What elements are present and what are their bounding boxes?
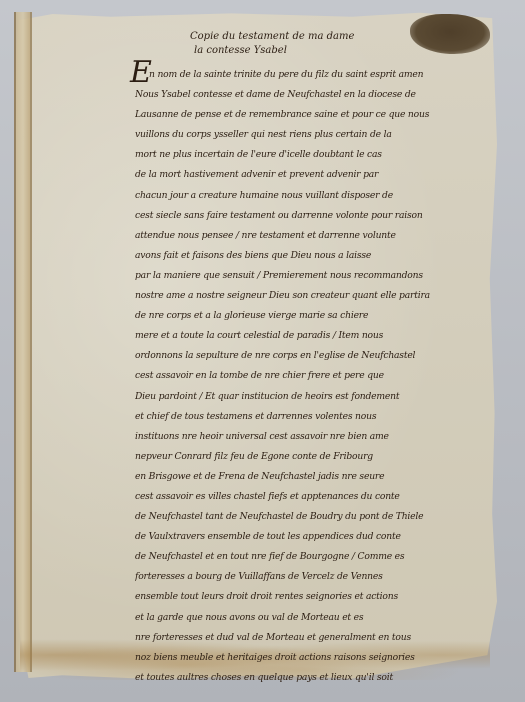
text-line: de la mort hastivement advenir et preven…: [135, 165, 500, 185]
text-line: cest assavoir es villes chastel fiefs et…: [135, 487, 500, 507]
text-line: en Brisgowe et de Frena de Neufchastel j…: [135, 467, 500, 487]
text-line: ordonnons la sepulture de nre corps en l…: [135, 346, 500, 366]
text-line: ensemble tout leurs droit droit rentes s…: [135, 587, 500, 607]
text-line: nre forteresses et dud val de Morteau et…: [135, 628, 500, 648]
text-line: de nre corps et a la glorieuse vierge ma…: [135, 306, 500, 326]
text-line: cest assavoir en la tombe de nre chier f…: [135, 366, 500, 386]
text-line: de Neufchastel et en tout nre fief de Bo…: [135, 547, 500, 567]
text-line: chacun jour a creature humaine nous vuil…: [135, 186, 500, 206]
text-line: nostre ame a nostre seigneur Dieu son cr…: [135, 286, 500, 306]
text-line: de Vaulxtravers ensemble de tout les app…: [135, 527, 500, 547]
text-line: mort ne plus incertain de l'eure d'icell…: [135, 145, 500, 165]
text-line: Dieu pardoint / Et quar institucion de h…: [135, 387, 500, 407]
text-line: n nom de la sainte trinite du pere du fi…: [135, 65, 500, 85]
text-line: par la maniere que sensuit / Premieremen…: [135, 266, 500, 286]
text-line: vuillons du corps ysseller qui nest rien…: [135, 125, 500, 145]
text-line: noz biens meuble et heritaiges droit act…: [135, 648, 500, 668]
text-line: de Neufchastel tant de Neufchastel de Bo…: [135, 507, 500, 527]
text-line: attendue nous pensee / nre testament et …: [135, 226, 500, 246]
text-line: cest siecle sans faire testament ou darr…: [135, 206, 500, 226]
binding-strip: [14, 12, 32, 672]
text-line: et toutes aultres choses en quelque pays…: [135, 668, 500, 688]
text-line: Lausanne de pense et de remembrance sain…: [135, 105, 500, 125]
text-line: Nous Ysabel contesse et dame de Neufchas…: [135, 85, 500, 105]
manuscript-body: n nom de la sainte trinite du pere du fi…: [135, 65, 500, 688]
text-line: nepveur Conrard filz feu de Egone conte …: [135, 447, 500, 467]
text-line: avons fait et faisons des biens que Dieu…: [135, 246, 500, 266]
text-line: et la garde que nous avons ou val de Mor…: [135, 608, 500, 628]
heading-line-2: la contesse Ysabel: [194, 44, 410, 58]
text-line: et chief de tous testamens et darrennes …: [135, 407, 500, 427]
text-line: instituons nre heoir universal cest assa…: [135, 427, 500, 447]
heading-line-1: Copie du testament de ma dame: [190, 30, 410, 44]
document-heading: Copie du testament de ma dame la contess…: [190, 30, 410, 58]
text-line: forteresses a bourg de Vuillaffans de Ve…: [135, 567, 500, 587]
text-line: mere et a toute la court celestial de pa…: [135, 326, 500, 346]
